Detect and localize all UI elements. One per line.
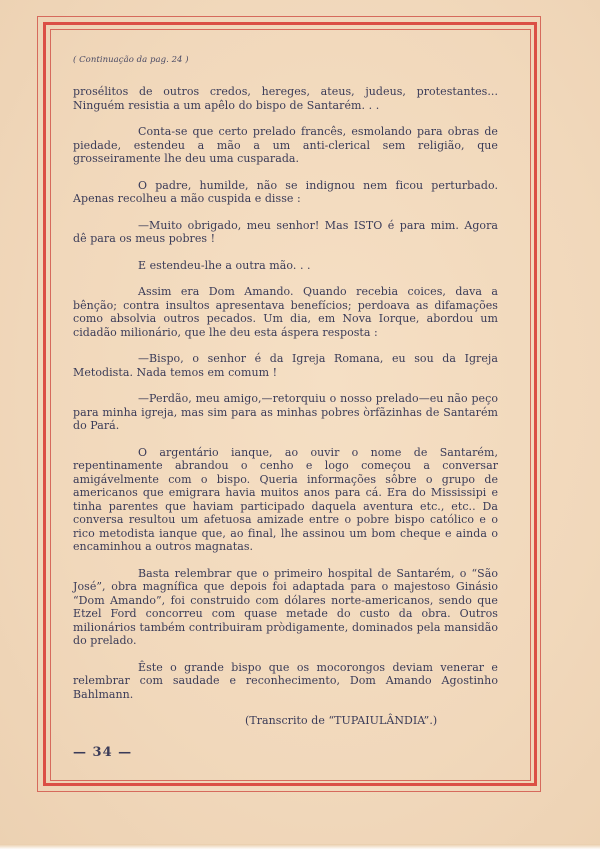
page-bottom-edge — [0, 844, 600, 850]
paragraph: Êste o grande bispo que os mocorongos de… — [73, 661, 498, 702]
paragraph: prosélitos de outros credos, hereges, at… — [73, 85, 498, 112]
paragraph: Assim era Dom Amando. Quando recebia coi… — [73, 285, 498, 339]
paragraph: Conta-se que certo prelado francês, esmo… — [73, 125, 498, 166]
paragraph: —Muito obrigado, meu senhor! Mas ISTO é … — [73, 219, 498, 246]
paragraph: —Bispo, o senhor é da Igreja Romana, eu … — [73, 352, 498, 379]
page-number: — 34 — — [73, 745, 132, 760]
paragraph: E estendeu-lhe a outra mão. . . — [73, 259, 498, 273]
paragraph: Basta relembrar que o primeiro hospital … — [73, 567, 498, 648]
paragraph: —Perdão, meu amigo,—retorquiu o nosso pr… — [73, 392, 498, 433]
continuation-note: ( Continuação da pag. 24 ) — [73, 54, 498, 82]
paragraph: O padre, humilde, não se indignou nem fi… — [73, 179, 498, 206]
source-credit: (Transcrito de “TUPAIULÂNDIA”.) — [73, 714, 498, 728]
paragraph: O argentário ianque, ao ouvir o nome de … — [73, 446, 498, 554]
article-body: ( Continuação da pag. 24 ) prosélitos de… — [73, 50, 498, 728]
